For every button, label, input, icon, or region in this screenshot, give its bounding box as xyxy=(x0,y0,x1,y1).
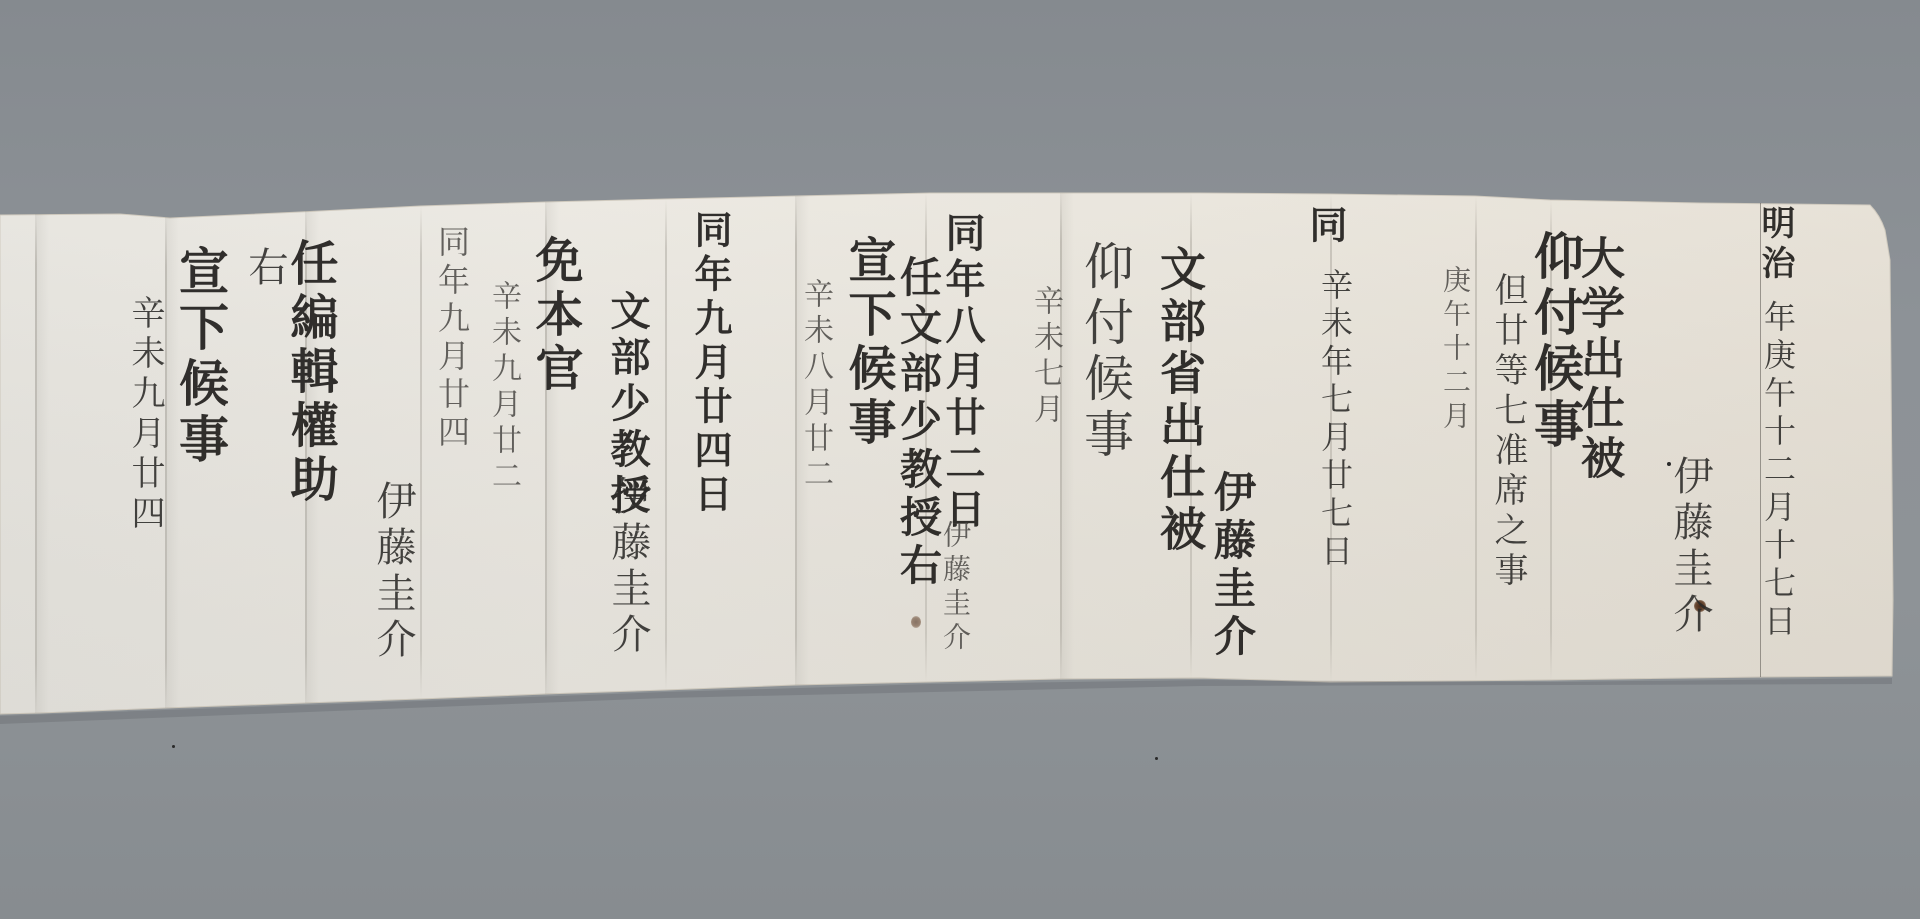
column-text: 免本官 xyxy=(531,235,579,397)
column-text: 仰付候事 xyxy=(1530,230,1580,454)
column-text: 右 xyxy=(245,246,285,292)
column-text: 同 xyxy=(1306,205,1344,249)
fold-line xyxy=(795,196,797,685)
fold-line xyxy=(35,214,37,713)
column-signature: 伊藤圭介 xyxy=(1211,470,1253,662)
column-date: 辛未七月 xyxy=(1030,285,1060,429)
column-meiji: 明治 xyxy=(1758,205,1792,285)
column-date: 辛未年七月廿七日 xyxy=(1319,268,1351,572)
ink-dot xyxy=(1155,757,1158,760)
column-date: 同年九月廿四 xyxy=(436,225,468,453)
column-text: 宣下候事 xyxy=(175,245,225,469)
fold-line xyxy=(665,199,667,690)
column-signature: 伊藤圭介 xyxy=(608,475,648,659)
column-text: 任編輯權助 xyxy=(286,238,334,508)
column-signature: 伊藤圭介 xyxy=(373,480,413,664)
column-date: 辛未九月廿四 xyxy=(128,295,162,535)
fold-line xyxy=(1060,193,1074,679)
ink-stain xyxy=(911,616,921,628)
fold-line xyxy=(1475,196,1477,680)
column-signature: 伊藤圭介 xyxy=(1670,455,1710,639)
column-signature: 伊藤圭介 xyxy=(941,520,969,656)
column-text: 文部省出仕被 xyxy=(1157,245,1203,557)
column-date: 同年八月廿二日 xyxy=(942,212,982,534)
ink-dot xyxy=(172,745,175,748)
column-text: 仰付候事 xyxy=(1080,240,1130,464)
column-date: 辛未九月廿二 xyxy=(488,280,518,496)
fold-line xyxy=(165,217,167,708)
column-text: 宣下候事 xyxy=(844,235,892,451)
fold-line xyxy=(1060,193,1062,679)
column-text: 但廿等七准席之事 xyxy=(1491,272,1525,592)
column-date: 辛未八月廿二 xyxy=(800,278,830,494)
column-date: 庚午十二月 xyxy=(1441,265,1469,435)
fold-line xyxy=(420,206,422,699)
fold-line xyxy=(35,214,49,713)
column-date-kogo: 年庚午十二月十七日 xyxy=(1762,300,1794,642)
column-date: 同年九月廿四日 xyxy=(691,210,729,518)
column-text: 任文部少教授右 xyxy=(897,255,939,591)
photo-scene: 明治 年庚午十二月十七日 伊藤圭介 大学出仕被 仰付候事 但廿等七准席之事 庚午… xyxy=(0,0,1920,919)
